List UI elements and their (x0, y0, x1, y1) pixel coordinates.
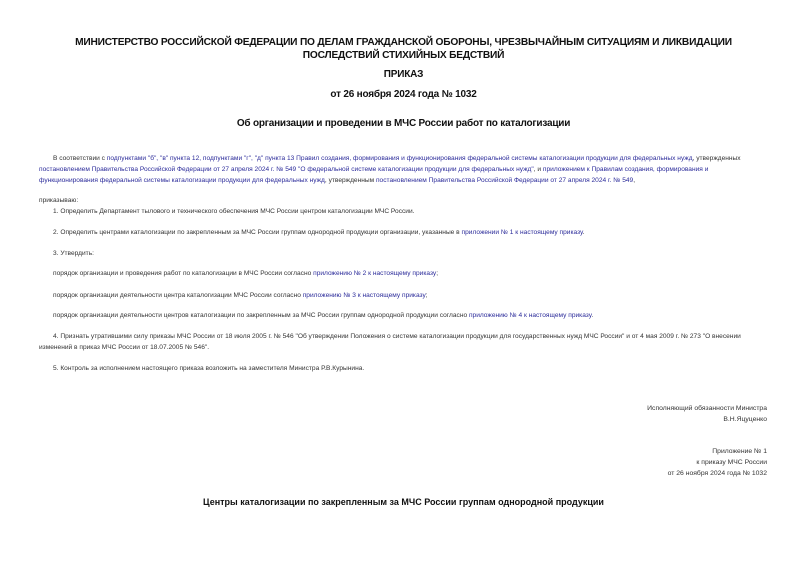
order-date-number: от 26 ноября 2024 года № 1032 (40, 88, 767, 101)
sub-item-1-text: порядок организации и проведения работ п… (53, 270, 313, 277)
preamble-text: , и (534, 166, 543, 173)
item-4: 4. Признать утратившими силу приказы МЧС… (39, 332, 769, 354)
preamble-text: , утвержденным (325, 177, 376, 184)
document-page: МИНИСТЕРСТВО РОССИЙСКОЙ ФЕДЕРАЦИИ ПО ДЕЛ… (0, 0, 807, 571)
preamble-paragraph: В соответствии с подпунктами "б", "в" пу… (39, 154, 769, 186)
link-annex-4[interactable]: приложению № 4 к настоящему приказу (469, 312, 591, 319)
link-annex-3[interactable]: приложению № 3 к настоящему приказу (303, 292, 426, 299)
annex-date: от 26 ноября 2024 года № 1032 (668, 469, 767, 480)
annex-number: Приложение № 1 (668, 447, 767, 458)
preamble-text: , (633, 177, 635, 184)
sub-item-1-end: ; (436, 270, 438, 277)
item-2-text: 2. Определить центрами каталогизации по … (53, 229, 462, 236)
ministry-name: МИНИСТЕРСТВО РОССИЙСКОЙ ФЕДЕРАЦИИ ПО ДЕЛ… (40, 36, 767, 62)
sub-item-3-text: порядок организации деятельности центров… (53, 312, 469, 319)
sub-item-1: порядок организации и проведения работ п… (53, 269, 783, 280)
sub-item-3-end: . (591, 312, 593, 319)
annex-title: Центры каталогизации по закрепленным за … (40, 496, 767, 508)
sub-item-2: порядок организации деятельности центра … (53, 291, 783, 302)
link-government-decree-549[interactable]: постановлением Правительства Российской … (376, 177, 633, 184)
signatory-position: Исполняющий обязанности Министра (647, 404, 767, 415)
annex-header: Приложение № 1 к приказу МЧС России от 2… (668, 447, 767, 479)
link-rules-subitems[interactable]: подпунктами "б", "в" пункта 12, подпункт… (107, 155, 693, 162)
item-1: 1. Определить Департамент тылового и тех… (53, 207, 783, 218)
sub-item-2-end: ; (426, 292, 428, 299)
link-annex-1[interactable]: приложении № 1 к настоящему приказу (462, 229, 583, 236)
order-title: Об организации и проведении в МЧС России… (40, 117, 767, 130)
link-government-decree[interactable]: постановлением Правительства Российской … (39, 166, 534, 173)
annex-reference: к приказу МЧС России (668, 458, 767, 469)
document-type: ПРИКАЗ (40, 68, 767, 81)
sub-item-2-text: порядок организации деятельности центра … (53, 292, 303, 299)
signature-block: Исполняющий обязанности Министра В.Н.Яцу… (647, 404, 767, 426)
preamble-text: , утвержденных (693, 155, 741, 162)
item-2: 2. Определить центрами каталогизации по … (53, 228, 783, 239)
item-3: 3. Утвердить: (53, 249, 783, 260)
sub-item-3: порядок организации деятельности центров… (53, 311, 783, 322)
item-2-end: . (583, 229, 585, 236)
item-5: 5. Контроль за исполнением настоящего пр… (53, 364, 783, 375)
signatory-name: В.Н.Яцуценко (647, 415, 767, 426)
link-annex-2[interactable]: приложению № 2 к настоящему приказу (313, 270, 436, 277)
preamble-text: В соответствии с (53, 155, 107, 162)
order-word: приказываю: (39, 196, 769, 207)
